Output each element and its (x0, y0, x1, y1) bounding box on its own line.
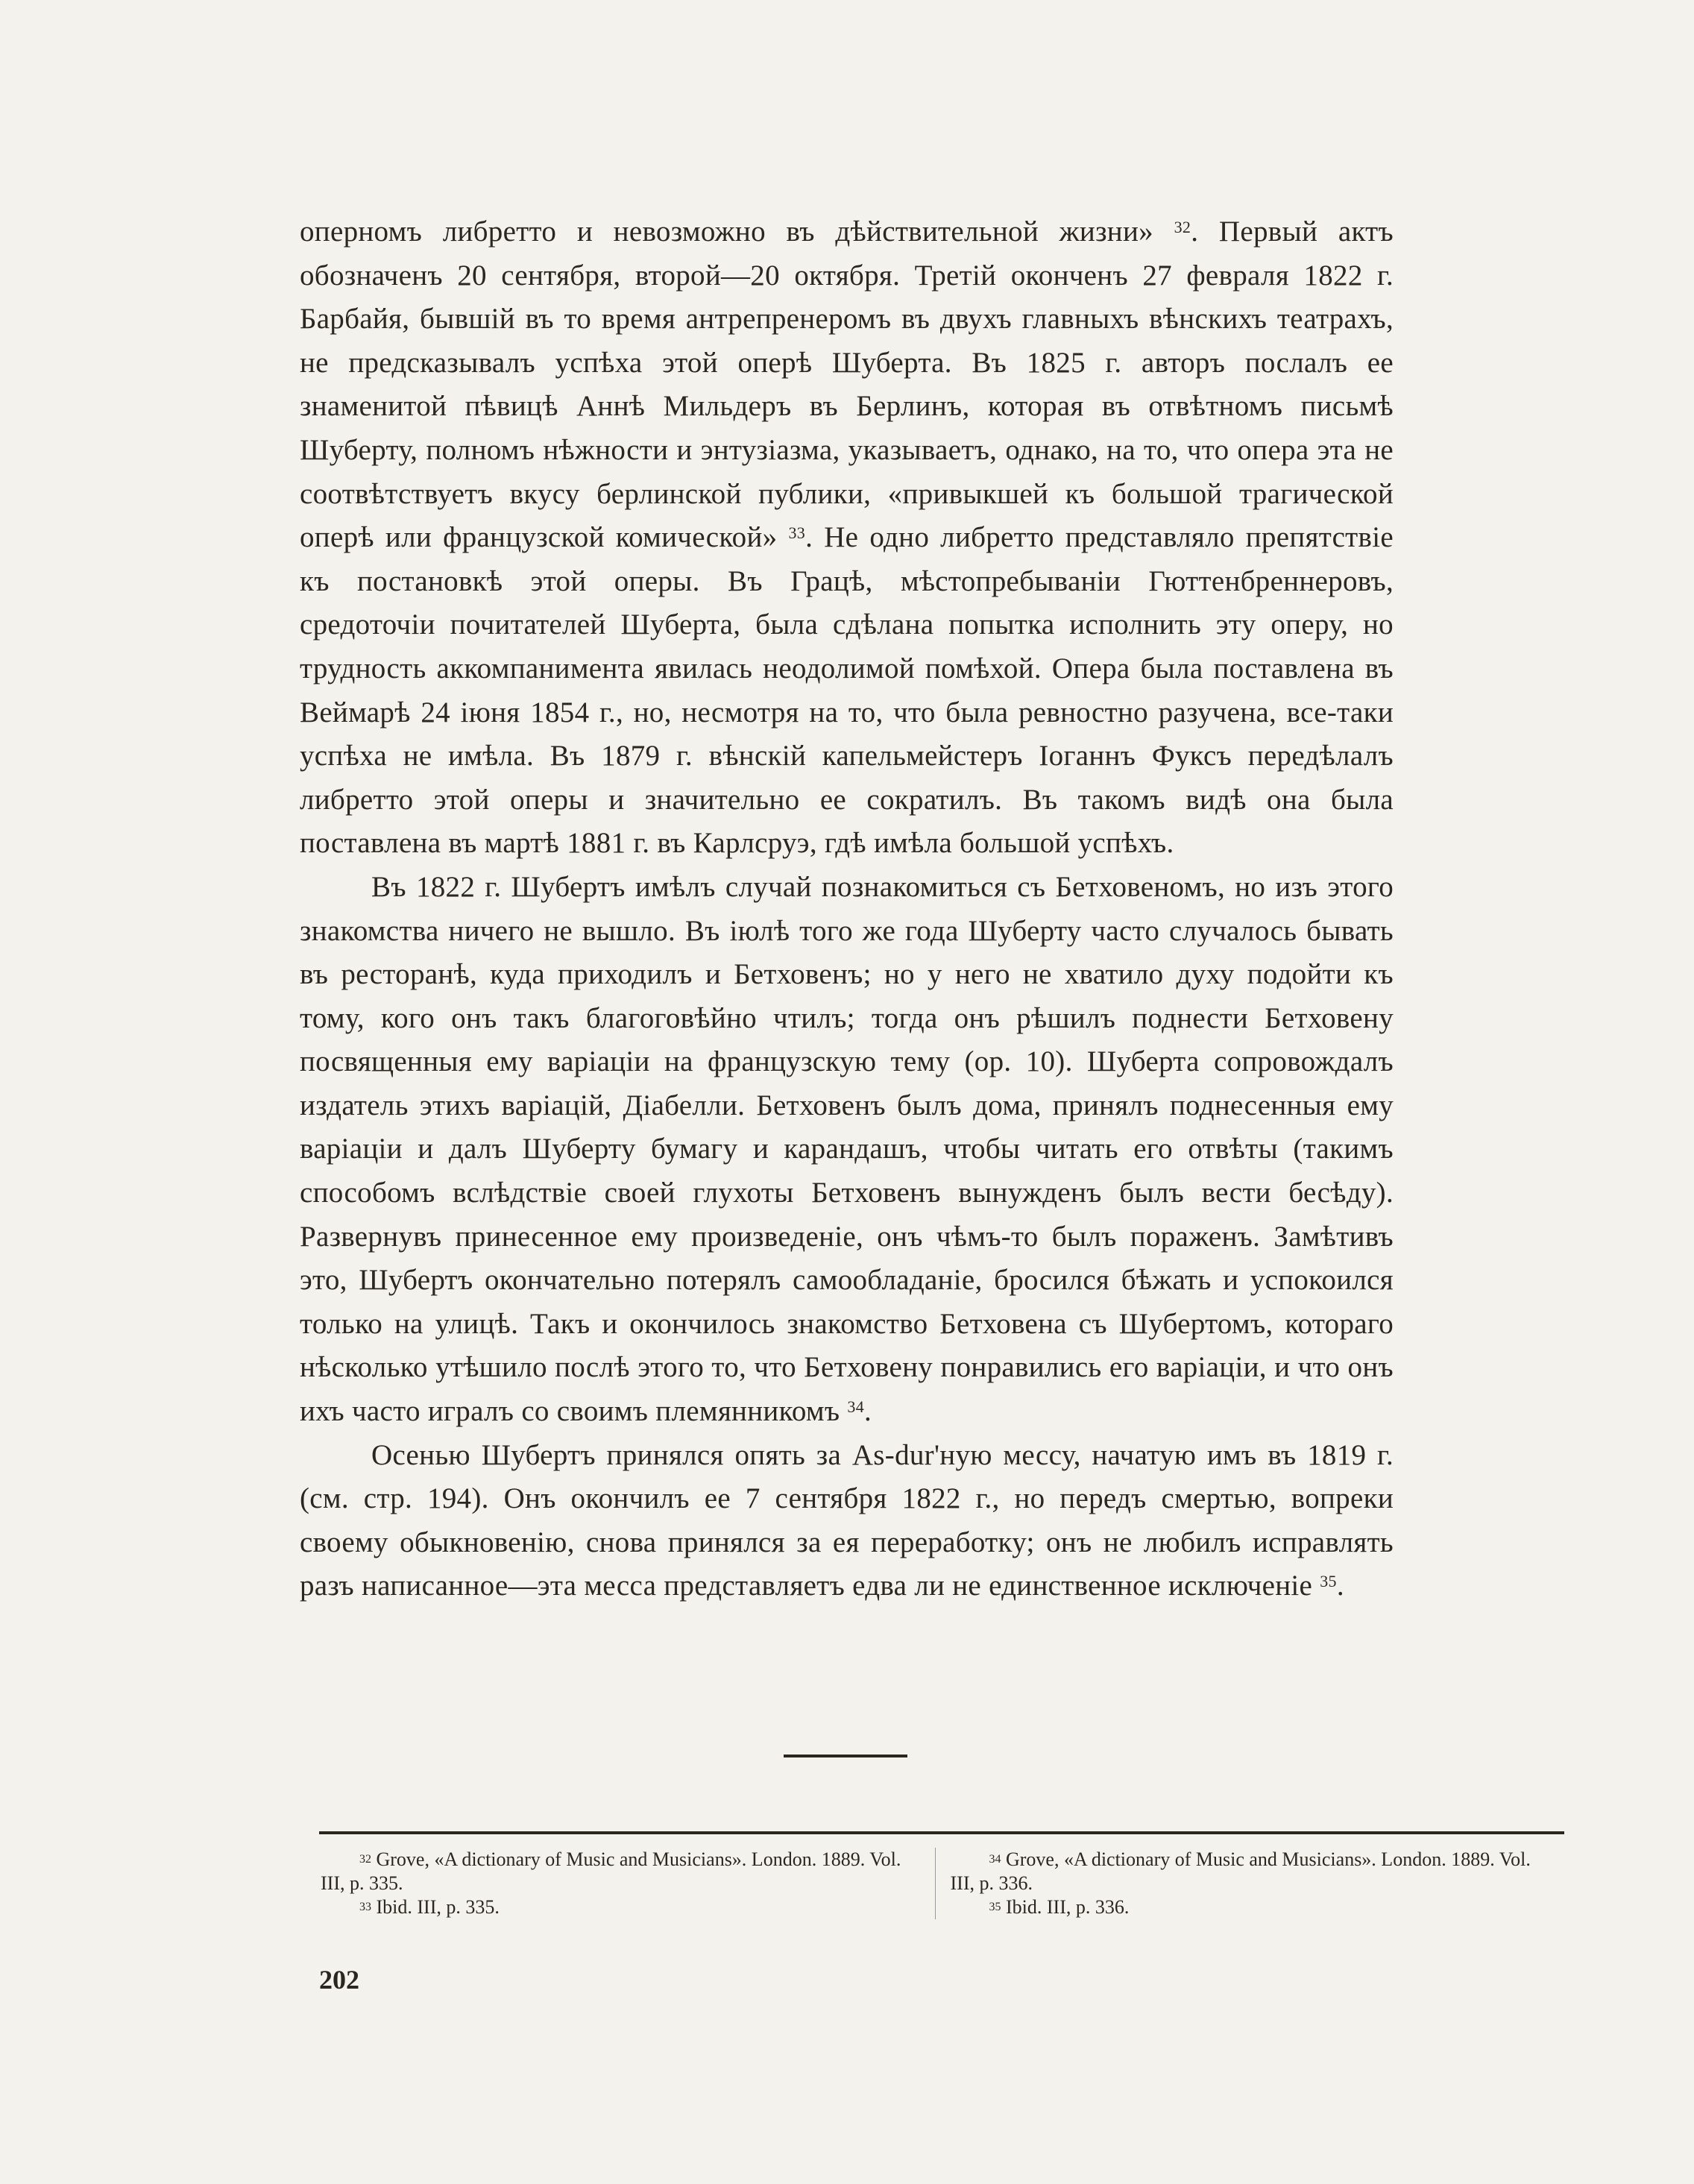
footnote-ref: 34 (847, 1397, 864, 1416)
section-divider (784, 1755, 907, 1757)
paragraph: Осенью Шубертъ принялся опять за As-dur'… (300, 1434, 1394, 1608)
body-text: оперномъ либретто и невозможно въ дѣйств… (300, 210, 1394, 1608)
paragraph: оперномъ либретто и невозможно въ дѣйств… (300, 210, 1394, 866)
footnote: 32 Grove, «A dictionary of Music and Mus… (321, 1848, 920, 1895)
footnotes: 32 Grove, «A dictionary of Music and Mus… (321, 1848, 1564, 1919)
footnote-ref: 35 (1320, 1572, 1337, 1590)
footnote-number: 34 (989, 1853, 1001, 1866)
footnote: 35 Ibid. III, p. 336. (951, 1895, 1550, 1919)
footnote-ref: 33 (788, 523, 805, 542)
footnote-ref: 32 (1174, 218, 1191, 236)
footnotes-right-column: 34 Grove, «A dictionary of Music and Mus… (935, 1848, 1565, 1919)
footnote-number: 33 (359, 1901, 371, 1913)
footnote-number: 32 (359, 1853, 371, 1866)
footnote: 34 Grove, «A dictionary of Music and Mus… (951, 1848, 1550, 1895)
footnote-number: 35 (989, 1901, 1001, 1913)
footnotes-left-column: 32 Grove, «A dictionary of Music and Mus… (321, 1848, 935, 1919)
footnote: 33 Ibid. III, p. 335. (321, 1895, 920, 1919)
paragraph: Въ 1822 г. Шубертъ имѣлъ случай познаком… (300, 866, 1394, 1434)
page-number: 202 (319, 1964, 359, 1995)
footnote-rule (319, 1831, 1564, 1834)
